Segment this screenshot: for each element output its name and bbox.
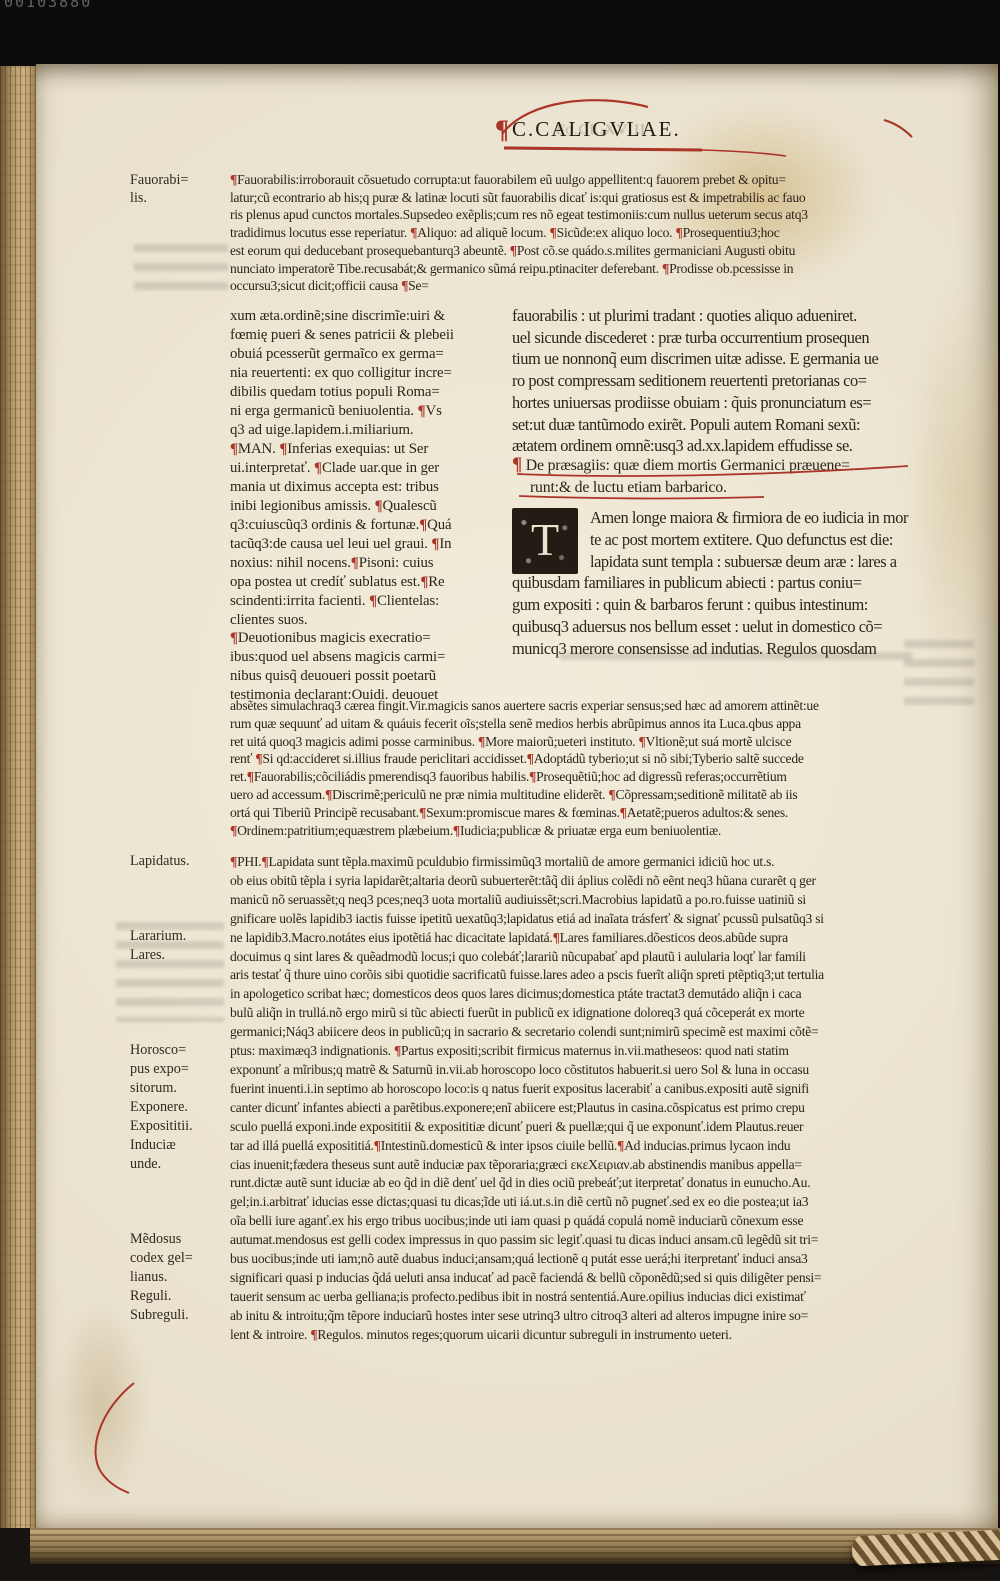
text-line: gel;in.i.arbitrať iducias esse dictas;qu… <box>230 1193 924 1212</box>
pilcrow-mark: ¶ <box>675 225 682 240</box>
text-line: aris testať q̃ thure uino corõis sibi qu… <box>230 966 924 985</box>
chapter-heading: ¶ De præsagiis: quæ diem mortis Germanic… <box>512 454 914 498</box>
text-line: quibusq3 aduersus nos bellum esset : uel… <box>512 616 914 638</box>
text-line: q3:cuiuscũq3 ordinis & fortunæ.¶Quá <box>230 516 516 535</box>
margin-note: pus expo= <box>130 1061 189 1078</box>
text-line: ¶Deuotionibus magicis execratio= <box>230 629 516 648</box>
pilcrow-mark: ¶ <box>550 225 557 240</box>
pilcrow-mark: ¶ <box>478 734 485 749</box>
text-line: rum quæ sequunť ad uitam & quáuis feceri… <box>230 715 924 733</box>
pilcrow-mark: ¶ <box>620 805 627 820</box>
margin-note: lianus. <box>130 1269 167 1286</box>
text-line: municq3 merore consensisse ad indutias. … <box>512 638 914 660</box>
pilcrow-mark: ¶ <box>401 278 408 293</box>
pilcrow-mark: ¶ <box>419 805 426 820</box>
text-line: tacũq3:de causa uel leui uel graui. ¶In <box>230 535 516 554</box>
text-line: runt.dictæ autẽ sunt iduciæ ab eo q̃d in… <box>230 1174 924 1193</box>
commentary-left-column: xum æta.ordinẽ;sine discrimĩe:uiri &fœmi… <box>230 307 516 630</box>
text-line: latur;cũ econtrario ab his;q puræ & lati… <box>230 189 924 207</box>
pilcrow-mark: ¶ <box>529 769 536 784</box>
text-line: autumat.mendosus est gelli codex impress… <box>230 1231 924 1250</box>
pilcrow-mark: ¶ <box>512 454 522 475</box>
margin-note: unde. <box>130 1156 161 1173</box>
text-line: bulũ aliq̃n in trullá.nõ ergo mirũ si tũ… <box>230 1004 924 1023</box>
text-line: ¶PHI.¶Lapidata sunt tẽpla.maximũ pculdub… <box>230 853 924 872</box>
rubric-pilcrow-icon: ¶ <box>495 115 509 144</box>
pilcrow-mark: ¶ <box>394 1043 401 1058</box>
text-line: nunciato imperatorẽ Tibe.recusabát;& ger… <box>230 260 924 278</box>
archive-stamp-number: 00103880 <box>4 0 92 9</box>
text-line: fœmię pueri & senes patricii & plebeii <box>230 326 516 345</box>
text-line: ibus:quod uel absens magicis carmi= <box>230 648 516 667</box>
pilcrow-mark: ¶ <box>662 261 669 276</box>
pilcrow-mark: ¶ <box>418 403 426 419</box>
pilcrow-mark: ¶ <box>374 1138 381 1153</box>
pilcrow-mark: ¶ <box>375 498 383 514</box>
text-line: ¶Ordinem:patritium;equæstrem plæbeium.¶I… <box>230 822 924 840</box>
text-line: bus uocibus;inde uti iam;nõ autẽ duabus … <box>230 1250 924 1269</box>
text-line: ni erga germanicũ beniuolentia. ¶Vs <box>230 402 516 421</box>
text-line: ro post compressam seditionem reuertenti… <box>512 370 914 392</box>
text-line: nia reuertenti: ex quo colligitur incre= <box>230 364 516 383</box>
pilcrow-mark: ¶ <box>247 769 254 784</box>
commentary-devotion-note: ¶Deuotionibus magicis execratio=ibus:quo… <box>230 629 516 705</box>
pilcrow-mark: ¶ <box>279 441 287 457</box>
pilcrow-mark: ¶ <box>255 751 262 766</box>
text-line: manicũ nõ seruassẽt;q neq3 pces;neq3 uot… <box>230 891 924 910</box>
pilcrow-mark: ¶ <box>230 823 237 838</box>
show-through-ghost <box>134 244 228 300</box>
pilcrow-mark: ¶ <box>261 854 268 869</box>
text-line: quibusdam familiares in publicum abiecti… <box>512 572 914 594</box>
commentary-intro-block: ¶Fauorabilis:irroborauit cõsuetudo corru… <box>230 171 924 295</box>
text-line: opa postea ut credíť sublatus est.¶Re <box>230 573 516 592</box>
pilcrow-mark: ¶ <box>638 734 645 749</box>
text-line: q3 ad uige.lapidem.i.miliarium. <box>230 421 516 440</box>
text-line: lapidata sunt templa : subuersæ deum aræ… <box>512 551 914 573</box>
book-page-edges <box>0 66 38 1528</box>
margin-note: Fauorabi= <box>130 172 188 189</box>
margin-note: Mẽdosus <box>130 1231 181 1248</box>
text-line: ui.interpretať. ¶Clade uar.que in ger <box>230 459 516 478</box>
pilcrow-mark: ¶ <box>527 751 534 766</box>
pilcrow-mark: ¶ <box>420 574 428 590</box>
text-line: ret uitá quoq3 magicis adimi posse carmi… <box>230 733 924 751</box>
text-line: in apologetico scribat hæc; domesticos d… <box>230 985 924 1004</box>
margin-note: Lararium. <box>130 928 186 945</box>
main-text-block-1: fauorabilis : ut plurimi tradant : quoti… <box>512 305 914 457</box>
text-line: docuimus q sint lares & quẽadmodũ locus;… <box>230 948 924 967</box>
text-line: nibus quisq̃ deuoueri possit poetarũ <box>230 667 516 686</box>
text-line: sculo puellá exponi.inde exposititii & e… <box>230 1118 924 1137</box>
text-line: exponunť a mĩribus;q matrẽ & Saturnũ in.… <box>230 1061 924 1080</box>
text-line: Amen longe maiora & firmiora de eo iudic… <box>512 507 914 529</box>
margin-note: Subreguli. <box>130 1307 189 1324</box>
text-line: ris plenus apud cunctos mortales.Supsede… <box>230 206 924 224</box>
text-line: te ac post mortem extitere. Quo defunctu… <box>512 529 914 551</box>
chapter-heading-line: runt:& de luctu etiam barbarico. <box>512 477 914 499</box>
text-line: obuiá pcesserũt germaĩco ex germa= <box>230 345 516 364</box>
pilcrow-mark: ¶ <box>310 1327 317 1342</box>
pilcrow-mark: ¶ <box>553 930 560 945</box>
text-line: tradidimus locutus esse reperiatur. ¶Ali… <box>230 224 924 242</box>
margin-note: Exposititii. <box>130 1118 193 1135</box>
text-line: absẽtes simulachraq3 cærea fingit.Vir.ma… <box>230 697 924 715</box>
text-line: ptus: maximæq3 indignationis. ¶Partus ex… <box>230 1042 924 1061</box>
text-line: fuerint inuenti.i.in septimo ab horoscop… <box>230 1080 924 1099</box>
endband <box>851 1530 1000 1567</box>
text-line: gum expositi : quin & barbaros ferunt : … <box>512 594 914 616</box>
pilcrow-mark: ¶ <box>351 555 359 571</box>
text-line: ab initu & introitu;q̃m tẽpore induciarũ… <box>230 1307 924 1326</box>
pilcrow-mark: ¶ <box>369 593 377 609</box>
text-line: xum æta.ordinẽ;sine discrimĩe:uiri & <box>230 307 516 326</box>
commentary-fullwidth-upper: absẽtes simulachraq3 cærea fingit.Vir.ma… <box>230 697 924 839</box>
pilcrow-mark: ¶ <box>230 172 237 187</box>
margin-note: Induciæ <box>130 1137 176 1154</box>
chapter-heading-line: ¶ De præsagiis: quæ diem mortis Germanic… <box>512 454 914 477</box>
text-line: ne lapidib3.Macro.notátes eius ipotẽtiá … <box>230 929 924 948</box>
commentary-fullwidth-lower: ¶PHI.¶Lapidata sunt tẽpla.maximũ pculdub… <box>230 853 924 1345</box>
pilcrow-mark: ¶ <box>314 460 322 476</box>
text-line: inibi legionibus amissis. ¶Qualescũ <box>230 497 516 516</box>
text-line: hortes uniuersas prodiisse obuiam : q̃ui… <box>512 392 914 414</box>
text-line: tauerit sensum ac uerba gelliana;is prof… <box>230 1288 924 1307</box>
text-line: fauorabilis : ut plurimi tradant : quoti… <box>512 305 914 327</box>
margin-note: lis. <box>130 190 147 207</box>
pilcrow-mark: ¶ <box>230 630 238 646</box>
text-line: uero ad accessum.¶Discrimẽ;periculũ ne p… <box>230 786 924 804</box>
text-line: germanici;Náq3 abiicere deos in publicũ;… <box>230 1023 924 1042</box>
margin-note: Lapidatus. <box>130 853 190 870</box>
text-line: lent & introire. ¶Regulos. minutos reges… <box>230 1326 924 1345</box>
text-line: renť ¶Si qd:accideret si.illius fraude p… <box>230 750 924 768</box>
margin-note: codex gel= <box>130 1250 193 1267</box>
paper-stain <box>56 1304 146 1504</box>
text-line: oĩa belli iure aganť.ex his ergo tribus … <box>230 1212 924 1231</box>
text-line: significari quasi p inducias q̃dá ueluti… <box>230 1269 924 1288</box>
margin-note: Horosco= <box>130 1042 186 1059</box>
text-line: mania ut diximus accepta est: tribus <box>230 478 516 497</box>
pilcrow-mark: ¶ <box>510 243 517 258</box>
text-line: cias inuenit;fædera theseus sunt autẽ in… <box>230 1156 924 1175</box>
text-line: tium ue nonnonq̃ eum discrimen uitæ adis… <box>512 348 914 370</box>
pilcrow-mark: ¶ <box>617 1138 624 1153</box>
margin-note: sitorum. <box>130 1080 177 1097</box>
pilcrow-mark: ¶ <box>410 225 417 240</box>
book-page: Fo.CL.XVIII ¶C.CALIGVLAE. Fauorabi= lis.… <box>36 64 998 1528</box>
pilcrow-mark: ¶ <box>230 854 237 869</box>
text-line: ¶Fauorabilis:irroborauit cõsuetudo corru… <box>230 171 924 189</box>
text-line: uel sicunde discederet : præ turba occur… <box>512 327 914 349</box>
scan-background: 00103880 Fo.CL.XVIII ¶C.CALIGVLAE. Fauor… <box>0 0 1000 1581</box>
text-line: ret.¶Fauorabilis;cõciliádis pmerendisq3 … <box>230 768 924 786</box>
text-line: clientes suos. <box>230 611 516 630</box>
margin-note: Lares. <box>130 947 165 964</box>
text-line: gnificare uolẽs lapidib3 iactis fuisse i… <box>230 910 924 929</box>
text-line: ¶MAN. ¶Inferias exequias: ut Ser <box>230 440 516 459</box>
text-line: canter dicunť infantes abiecti a parẽtib… <box>230 1099 924 1118</box>
text-line: set:ut duæ tantũmodo exirẽt. Populi aute… <box>512 414 914 436</box>
text-line: est eorum qui deducebant prosequebanturq… <box>230 242 924 260</box>
text-line: tar ad illá puellá exposititiá.¶Intestin… <box>230 1137 924 1156</box>
pilcrow-mark: ¶ <box>608 787 615 802</box>
page-title: C.CALIGVLAE. <box>512 117 681 141</box>
text-line: noxius: nihil nocens.¶Pisoni: cuius <box>230 554 516 573</box>
margin-note: Exponere. <box>130 1099 188 1116</box>
pilcrow-mark: ¶ <box>419 517 427 533</box>
main-text-block-2: Amen longe maiora & firmiora de eo iudic… <box>512 507 914 660</box>
pilcrow-mark: ¶ <box>453 823 460 838</box>
text-line: scindenti:irrita facienti. ¶Clientelas: <box>230 592 516 611</box>
text-line: occursu3;sicut dicit;officii causa ¶Se= <box>230 277 924 295</box>
pilcrow-mark: ¶ <box>431 536 439 552</box>
margin-note: Reguli. <box>130 1288 171 1305</box>
pilcrow-mark: ¶ <box>230 441 238 457</box>
text-line: ob eius obitũ tẽpla i syria lapidarẽt;al… <box>230 872 924 891</box>
pilcrow-mark: ¶ <box>325 787 332 802</box>
text-line: dibilis quedam totius populi Roma= <box>230 383 516 402</box>
text-line: ortá qui Tiberiũ Principẽ recusabant.¶Se… <box>230 804 924 822</box>
running-title: ¶C.CALIGVLAE. <box>495 115 681 145</box>
